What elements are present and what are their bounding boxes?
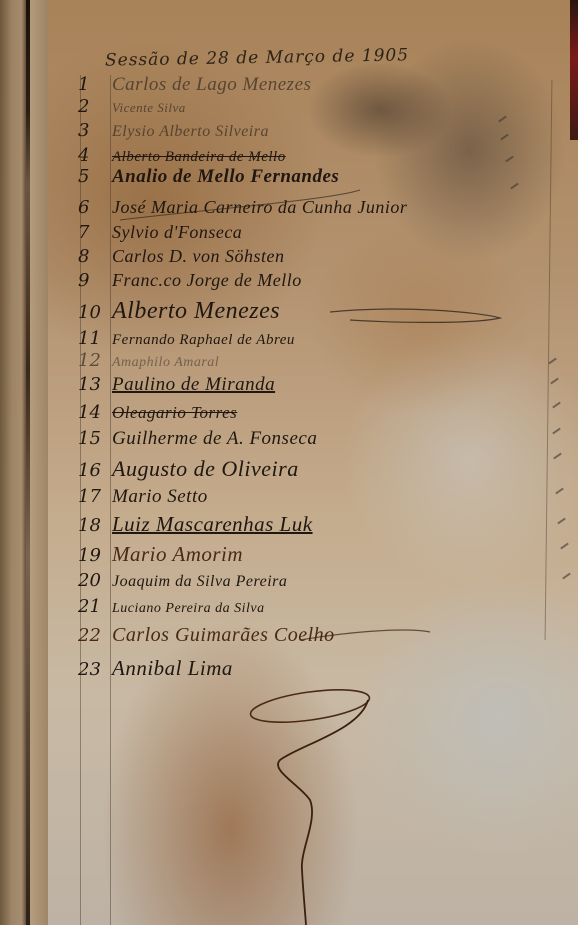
ledger-page: Sessão de 28 de Março de 1905 1 Carlos d… <box>0 0 578 925</box>
closing-flourish <box>0 0 578 925</box>
